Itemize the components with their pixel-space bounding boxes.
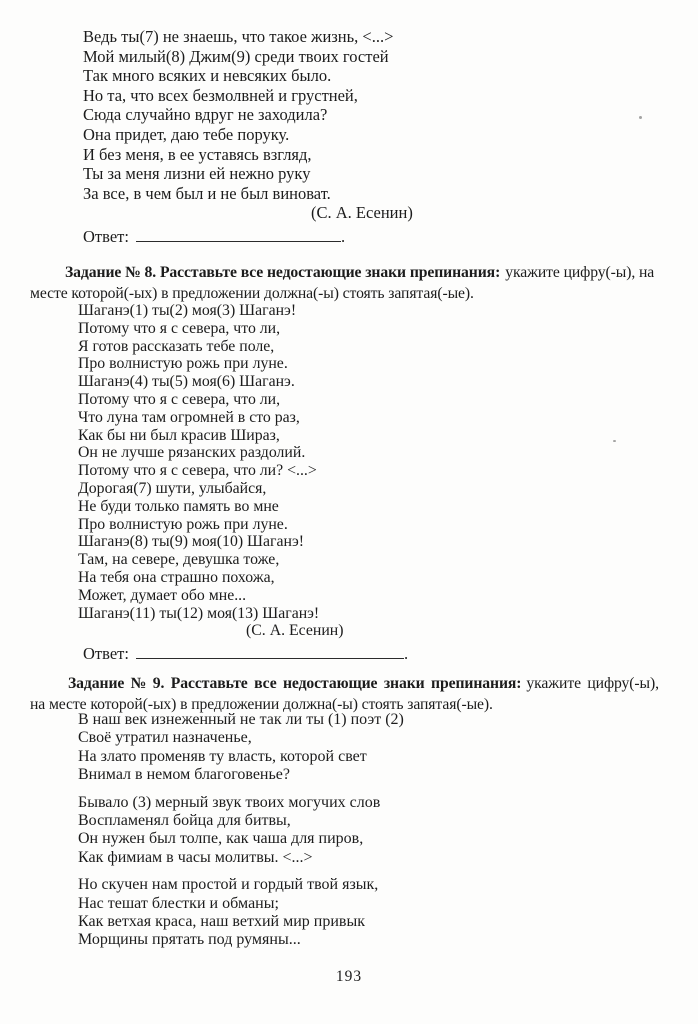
poem-line: Шаганэ(1) ты(2) моя(3) Шаганэ!	[78, 302, 344, 320]
task9-poem: В наш век изнеженный не так ли ты (1) по…	[78, 711, 404, 959]
poem-line: Он нужен был толпе, как чаша для пиров,	[78, 830, 404, 848]
task9-heading-line1: Задание № 9. Расставьте все недостающие …	[30, 673, 680, 694]
poem-line: Так много всяких и невсяких было.	[83, 66, 413, 86]
answer-label: Ответ:	[83, 644, 129, 663]
poem-line: Шаганэ(4) ты(5) моя(6) Шаганэ.	[78, 373, 344, 391]
poem-line: Потому что я с севера, что ли,	[78, 320, 344, 338]
poem-line: В наш век изнеженный не так ли ты (1) по…	[78, 711, 404, 729]
poem-line: Я готов рассказать тебе поле,	[78, 338, 344, 356]
task8-poem-lines: Шаганэ(1) ты(2) моя(3) Шаганэ!Потому что…	[78, 302, 344, 622]
poem-line: Что луна там огромней в сто раз,	[78, 409, 344, 427]
poem-line: Может, думает обо мне...	[78, 587, 344, 605]
poem-line: Своё утратил назначенье,	[78, 729, 404, 747]
poem-line: Про волнистую рожь при луне.	[78, 355, 344, 373]
poem-line: Морщины прятать под румяны...	[78, 931, 404, 949]
scan-artifact	[613, 440, 616, 442]
poem-line: На злато променяв ту власть, которой све…	[78, 748, 404, 766]
stanza: В наш век изнеженный не так ли ты (1) по…	[78, 711, 404, 785]
poem-line: Там, на севере, девушка тоже,	[78, 551, 344, 569]
intro-poem-lines: Ведь ты(7) не знаешь, что такое жизнь, <…	[83, 27, 413, 203]
poet-attribution: (С. А. Есенин)	[311, 203, 413, 223]
poem-line: Мой милый(8) Джим(9) среди твоих гостей	[83, 47, 413, 67]
intro-poem: Ведь ты(7) не знаешь, что такое жизнь, <…	[83, 27, 413, 223]
task8-heading-line1: Задание № 8. Расставьте все недостающие …	[30, 262, 680, 283]
poem-line: Ты за меня лизни ей нежно руку	[83, 164, 413, 184]
task8-poem: Шаганэ(1) ты(2) моя(3) Шаганэ!Потому что…	[78, 302, 344, 640]
answer-row: Ответ:.	[83, 227, 345, 247]
stanza: Бывало (3) мерный звук твоих могучих сло…	[78, 794, 404, 868]
poem-line: И без меня, в ее уставясь взгляд,	[83, 145, 413, 165]
poem-line: Сюда случайно вдруг не заходила?	[83, 105, 413, 125]
poet-attribution: (С. А. Есенин)	[246, 622, 344, 640]
poem-line: Он не лучше рязанских раздолий.	[78, 444, 344, 462]
poem-line: Нас тешат блестки и обманы;	[78, 895, 404, 913]
poem-line: За все, в чем был и не был виноват.	[83, 184, 413, 204]
task9-heading: Задание № 9. Расставьте все недостающие …	[30, 673, 680, 716]
answer-blank	[136, 228, 341, 242]
poem-line: Шаганэ(11) ты(12) моя(13) Шаганэ!	[78, 605, 344, 623]
answer-period: .	[404, 644, 408, 663]
poem-line: На тебя она страшно похожа,	[78, 569, 344, 587]
task9-heading-rest: укажите цифру(-ы),	[526, 675, 659, 692]
poem-line: Потому что я с севера, что ли? <...>	[78, 462, 344, 480]
answer-period: .	[341, 227, 345, 246]
scan-artifact	[639, 116, 642, 119]
poem-line: Про волнистую рожь при луне.	[78, 516, 344, 534]
page-number: 193	[0, 968, 698, 986]
task8-heading: Задание № 8. Расставьте все недостающие …	[30, 262, 680, 305]
poem-line: Воспламенял бойца для битвы,	[78, 812, 404, 830]
poem-line: Как ветхая краса, наш ветхий мир привык	[78, 913, 404, 931]
scanned-page: Ведь ты(7) не знаешь, что такое жизнь, <…	[0, 0, 698, 1024]
answer-row: Ответ:.	[83, 644, 408, 664]
poem-line: Бывало (3) мерный звук твоих могучих сло…	[78, 794, 404, 812]
poem-line: Ведь ты(7) не знаешь, что такое жизнь, <…	[83, 27, 413, 47]
answer-blank	[136, 645, 404, 659]
answer-label: Ответ:	[83, 227, 129, 246]
poem-line: Потому что я с севера, что ли,	[78, 391, 344, 409]
stanza: Но скучен нам простой и гордый твой язык…	[78, 876, 404, 950]
poem-line: Внимал в немом благоговенье?	[78, 766, 404, 784]
poem-line: Дорогая(7) шути, улыбайся,	[78, 480, 344, 498]
poem-line: Она придет, даю тебе поруку.	[83, 125, 413, 145]
poem-line: Но та, что всех безмолвней и грустней,	[83, 86, 413, 106]
poem-line: Как бы ни был красив Шираз,	[78, 427, 344, 445]
poem-line: Как фимиам в часы молитвы. <...>	[78, 849, 404, 867]
poem-line: Шаганэ(8) ты(9) моя(10) Шаганэ!	[78, 533, 344, 551]
task9-heading-bold: Задание № 9. Расставьте все недостающие …	[68, 675, 521, 692]
poem-line: Но скучен нам простой и гордый твой язык…	[78, 876, 404, 894]
poem-line: Не буди только память во мне	[78, 498, 344, 516]
task8-heading-bold: Задание № 8. Расставьте все недостающие …	[65, 264, 500, 281]
task8-heading-rest: укажите цифру(-ы), на	[505, 264, 654, 281]
